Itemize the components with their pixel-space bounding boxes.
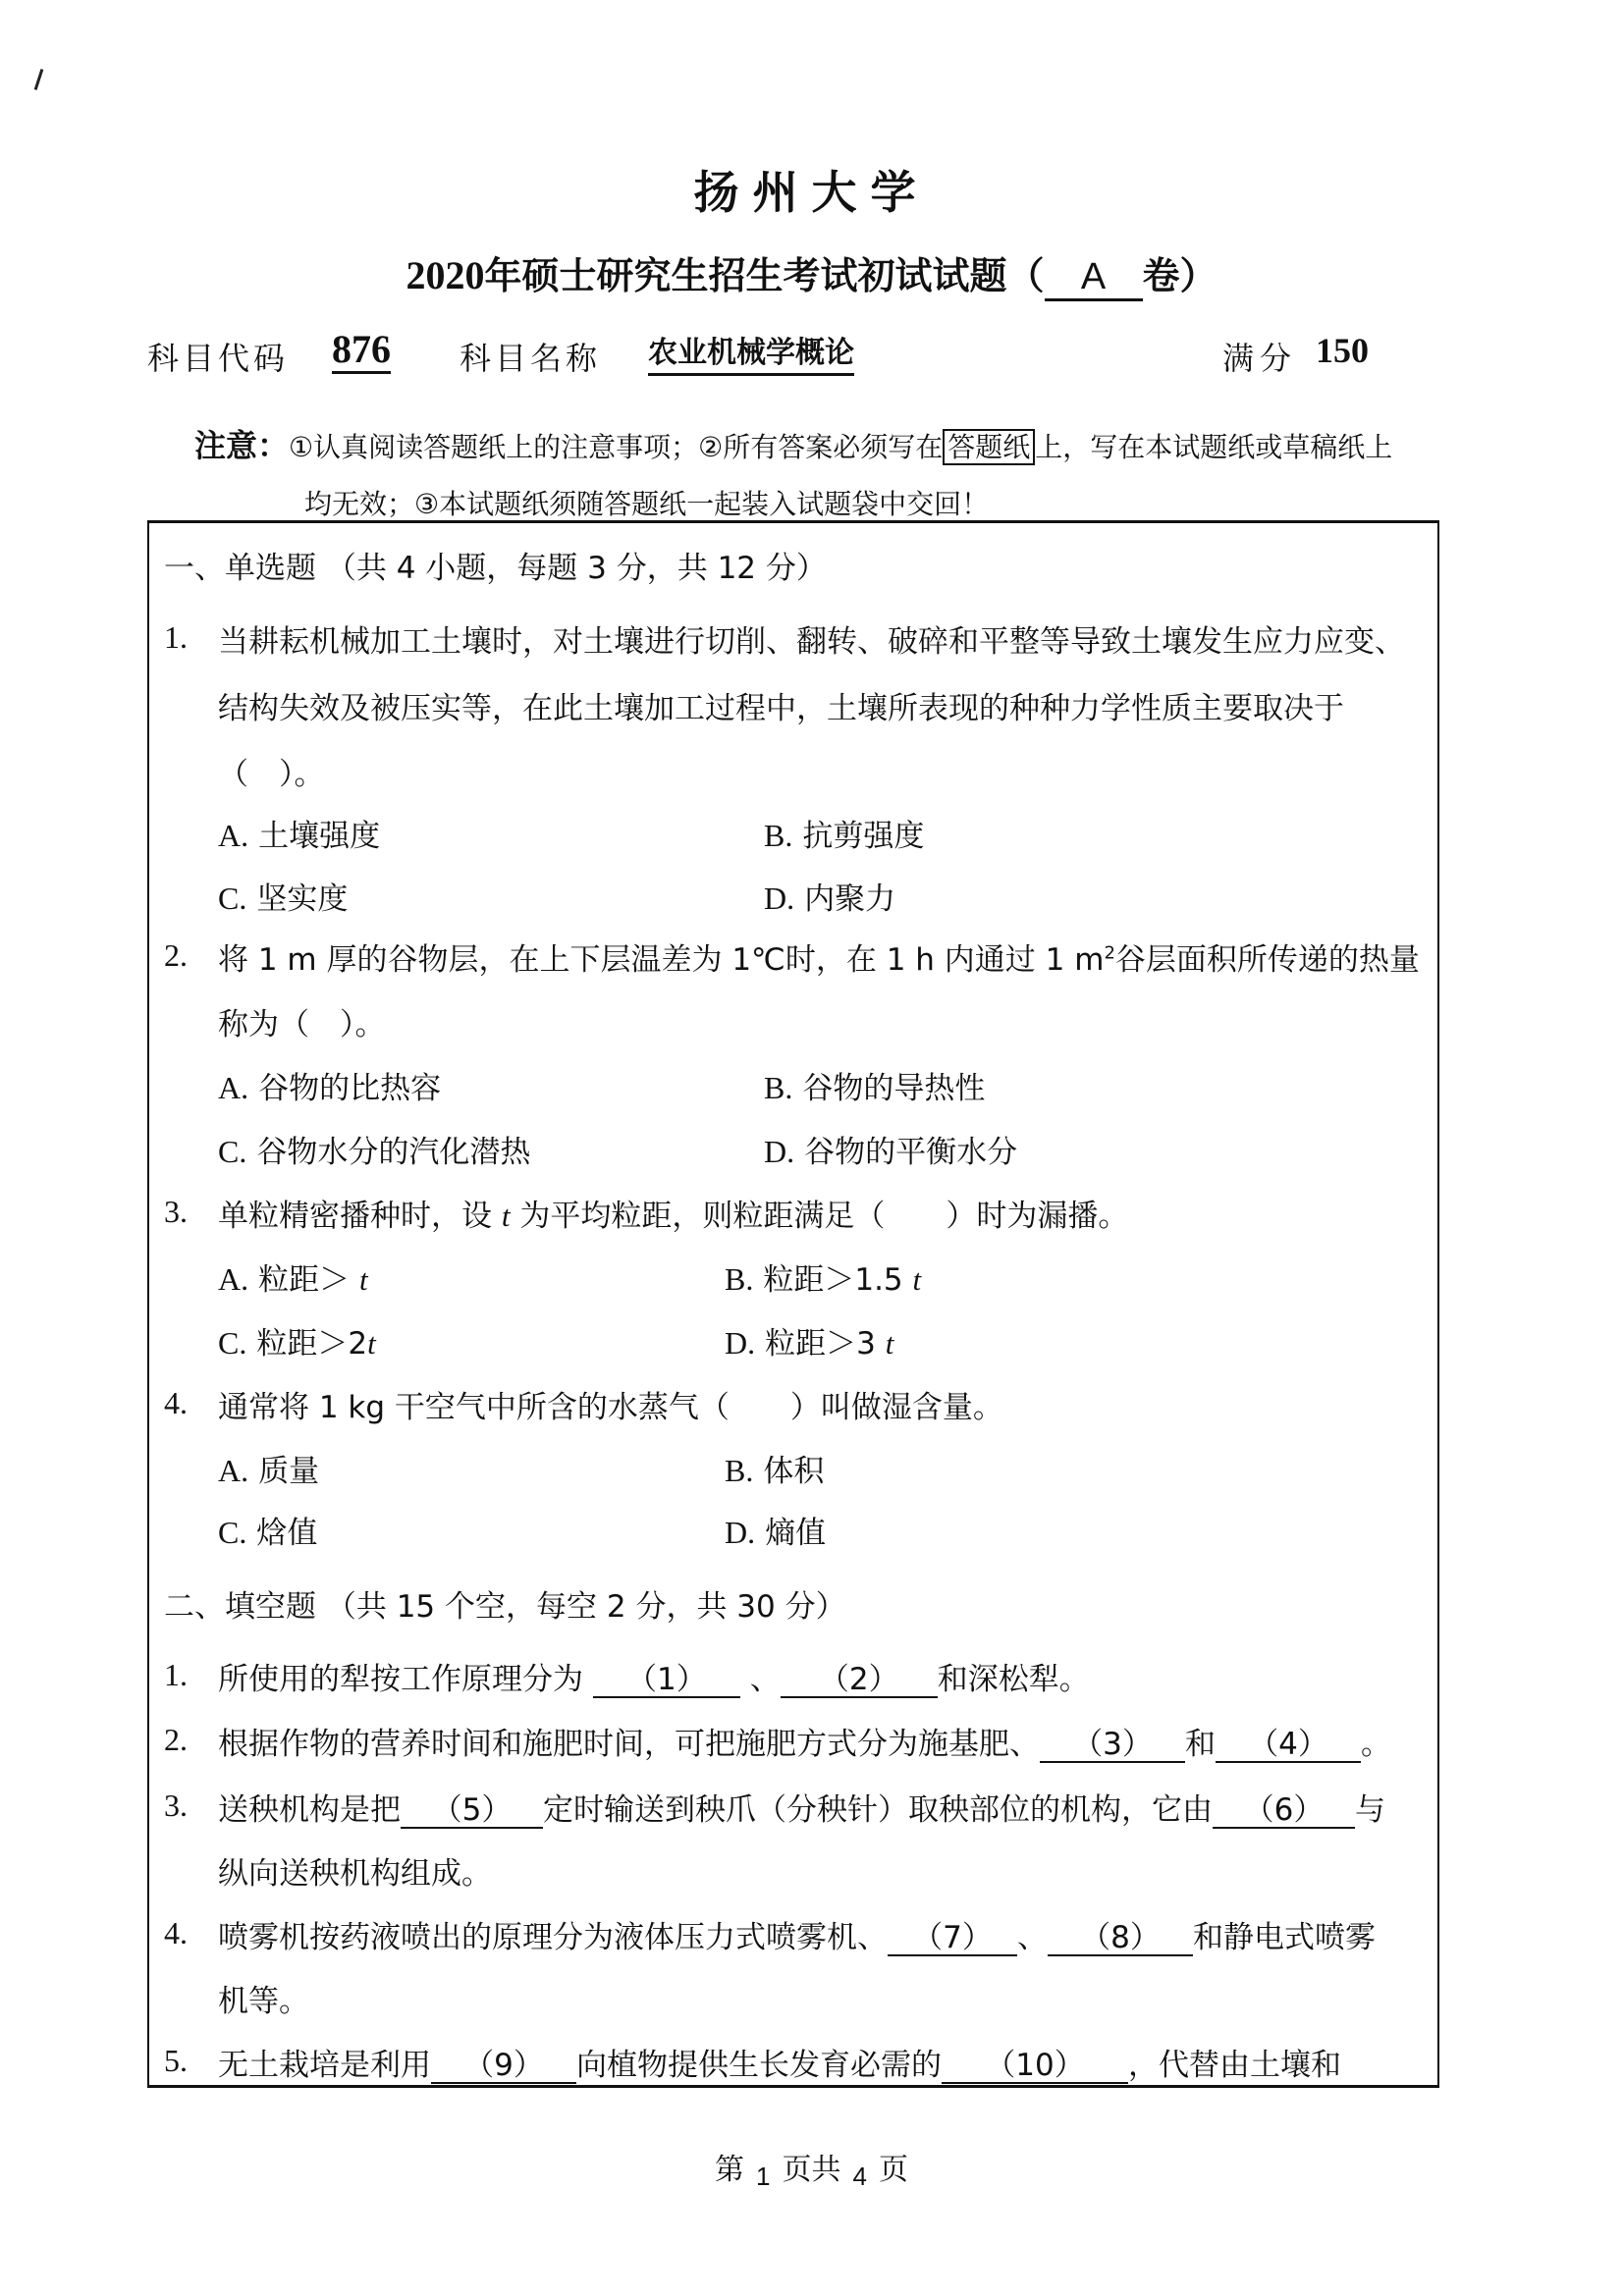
subject-code: 876	[332, 328, 391, 374]
notice-label: 注意：	[194, 427, 289, 464]
question-text-line: 送秧机构是把（5）定时输送到秧爪（分秧针）取秧部位的机构，它由（6）与	[218, 1785, 1385, 1829]
option-d: D.熵值	[725, 1508, 826, 1552]
full-score: 150	[1316, 330, 1369, 371]
question-number: 3.	[164, 1194, 188, 1230]
subject-meta-row: 科目代码 876 科目名称 农业机械学概论 满分 150	[147, 334, 1375, 383]
question-number: 2.	[164, 937, 188, 974]
exam-title-text: 年硕士研究生招生考试初试试题（	[484, 254, 1044, 297]
question-text-line: 单粒精密播种时，设 t 为平均粒距，则粒距满足（ ）时为漏播。	[218, 1191, 1128, 1235]
blank-5: （5）	[401, 1793, 543, 1829]
question-number: 3.	[164, 1788, 188, 1824]
blank-4: （4）	[1216, 1728, 1361, 1763]
question-number: 5.	[164, 2043, 188, 2079]
university-name: 扬州大学	[0, 157, 1623, 222]
question-text-line: 无土栽培是利用（9）向植物提供生长发育必需的（10），代替由土壤和	[218, 2040, 1341, 2084]
blank-6: （6）	[1213, 1793, 1355, 1829]
option-d: D.粒距＞3 t	[725, 1318, 893, 1362]
question-number: 2.	[164, 1722, 188, 1758]
question-text-line: 当耕耘机械加工土壤时，对土壤进行切削、翻转、破碎和平整等导致土壤发生应力应变、	[218, 616, 1405, 661]
question-number: 1.	[164, 1657, 188, 1693]
option-c: C.坚实度	[218, 874, 348, 918]
scan-stray-mark	[34, 69, 44, 90]
question-text-line: 结构失效及被压实等，在此土壤加工过程中，土壤所表现的种种力学性质主要取决于	[218, 683, 1344, 727]
exam-title: 2020年硕士研究生招生考试初试试题（A卷）	[0, 245, 1623, 301]
question-text-line: 通常将 1 kg 干空气中所含的水蒸气（ ）叫做湿含量。	[218, 1382, 1003, 1426]
option-a: A.粒距＞ t	[218, 1255, 368, 1299]
full-score-label: 满分	[1222, 334, 1297, 379]
option-a: A.质量	[218, 1446, 319, 1490]
question-text-line: （ ）。	[218, 749, 325, 793]
question-number: 4.	[164, 1915, 188, 1951]
question-text-line: 机等。	[218, 1976, 309, 2020]
question-text-line: 纵向送秧机构组成。	[218, 1848, 492, 1893]
option-d: D.谷物的平衡水分	[764, 1127, 1017, 1171]
question-number: 1.	[164, 619, 188, 656]
question-text-line: 所使用的犁按工作原理分为 （1） 、（2）和深松犁。	[218, 1654, 1090, 1698]
option-b: B.抗剪强度	[764, 811, 924, 855]
blank-7: （7）	[888, 1921, 1017, 1956]
page-footer: 第1页共4页	[0, 2145, 1623, 2188]
question-number: 4.	[164, 1385, 188, 1421]
notice-part2: 上，写在本试题纸或草稿纸上	[1035, 431, 1392, 463]
paper-version: A	[1045, 256, 1143, 301]
blank-10: （10）	[942, 2049, 1128, 2084]
exam-question-box: 一、单选题 （共 4 小题，每题 3 分，共 12 分） 1. 当耕耘机械加工土…	[147, 520, 1439, 2088]
notice: 注意：①认真阅读答题纸上的注意事项；②所有答案必须写在答题纸上，写在本试题纸或草…	[194, 417, 1461, 533]
subject-name: 农业机械学概论	[648, 334, 854, 376]
notice-part1: ①认真阅读答题纸上的注意事项；②所有答案必须写在	[289, 431, 943, 463]
question-text-line: 喷雾机按药液喷出的原理分为液体压力式喷雾机、（7）、（8）和静电式喷雾	[218, 1912, 1376, 1956]
option-b: B.谷物的导热性	[764, 1063, 985, 1107]
option-c: C.粒距＞2t	[218, 1318, 376, 1362]
option-a: A.土壤强度	[218, 811, 380, 855]
blank-1: （1）	[593, 1663, 740, 1698]
exam-year: 2020	[406, 253, 484, 297]
option-d: D.内聚力	[764, 874, 895, 918]
current-page-number: 1	[756, 2162, 770, 2191]
total-pages-number: 4	[853, 2162, 867, 2191]
subject-name-label: 科目名称	[460, 334, 601, 379]
section-title-single-choice: 一、单选题 （共 4 小题，每题 3 分，共 12 分）	[164, 543, 827, 587]
exam-title-suffix: 卷）	[1143, 254, 1217, 297]
option-c: C.焓值	[218, 1508, 317, 1552]
subject-code-label: 科目代码	[147, 334, 289, 379]
option-a: A.谷物的比热容	[218, 1063, 441, 1107]
blank-3: （3）	[1040, 1728, 1185, 1763]
blank-8: （8）	[1048, 1921, 1193, 1956]
question-text-line: 称为（ ）。	[218, 999, 386, 1043]
option-c: C.谷物水分的汽化潜热	[218, 1127, 530, 1171]
section-title-fill-blank: 二、填空题 （共 15 个空，每空 2 分，共 30 分）	[164, 1581, 846, 1626]
blank-9: （9）	[431, 2049, 576, 2084]
question-text-line: 将 1 m 厚的谷物层，在上下层温差为 1℃时，在 1 h 内通过 1 m2谷层…	[218, 934, 1420, 979]
notice-boxed-answer-sheet: 答题纸	[943, 429, 1035, 465]
question-text-line: 根据作物的营养时间和施肥时间，可把施肥方式分为施基肥、（3）和（4）。	[218, 1719, 1391, 1763]
option-b: B.体积	[725, 1446, 824, 1490]
option-b: B.粒距＞1.5 t	[725, 1255, 921, 1299]
blank-2: （2）	[781, 1663, 938, 1698]
